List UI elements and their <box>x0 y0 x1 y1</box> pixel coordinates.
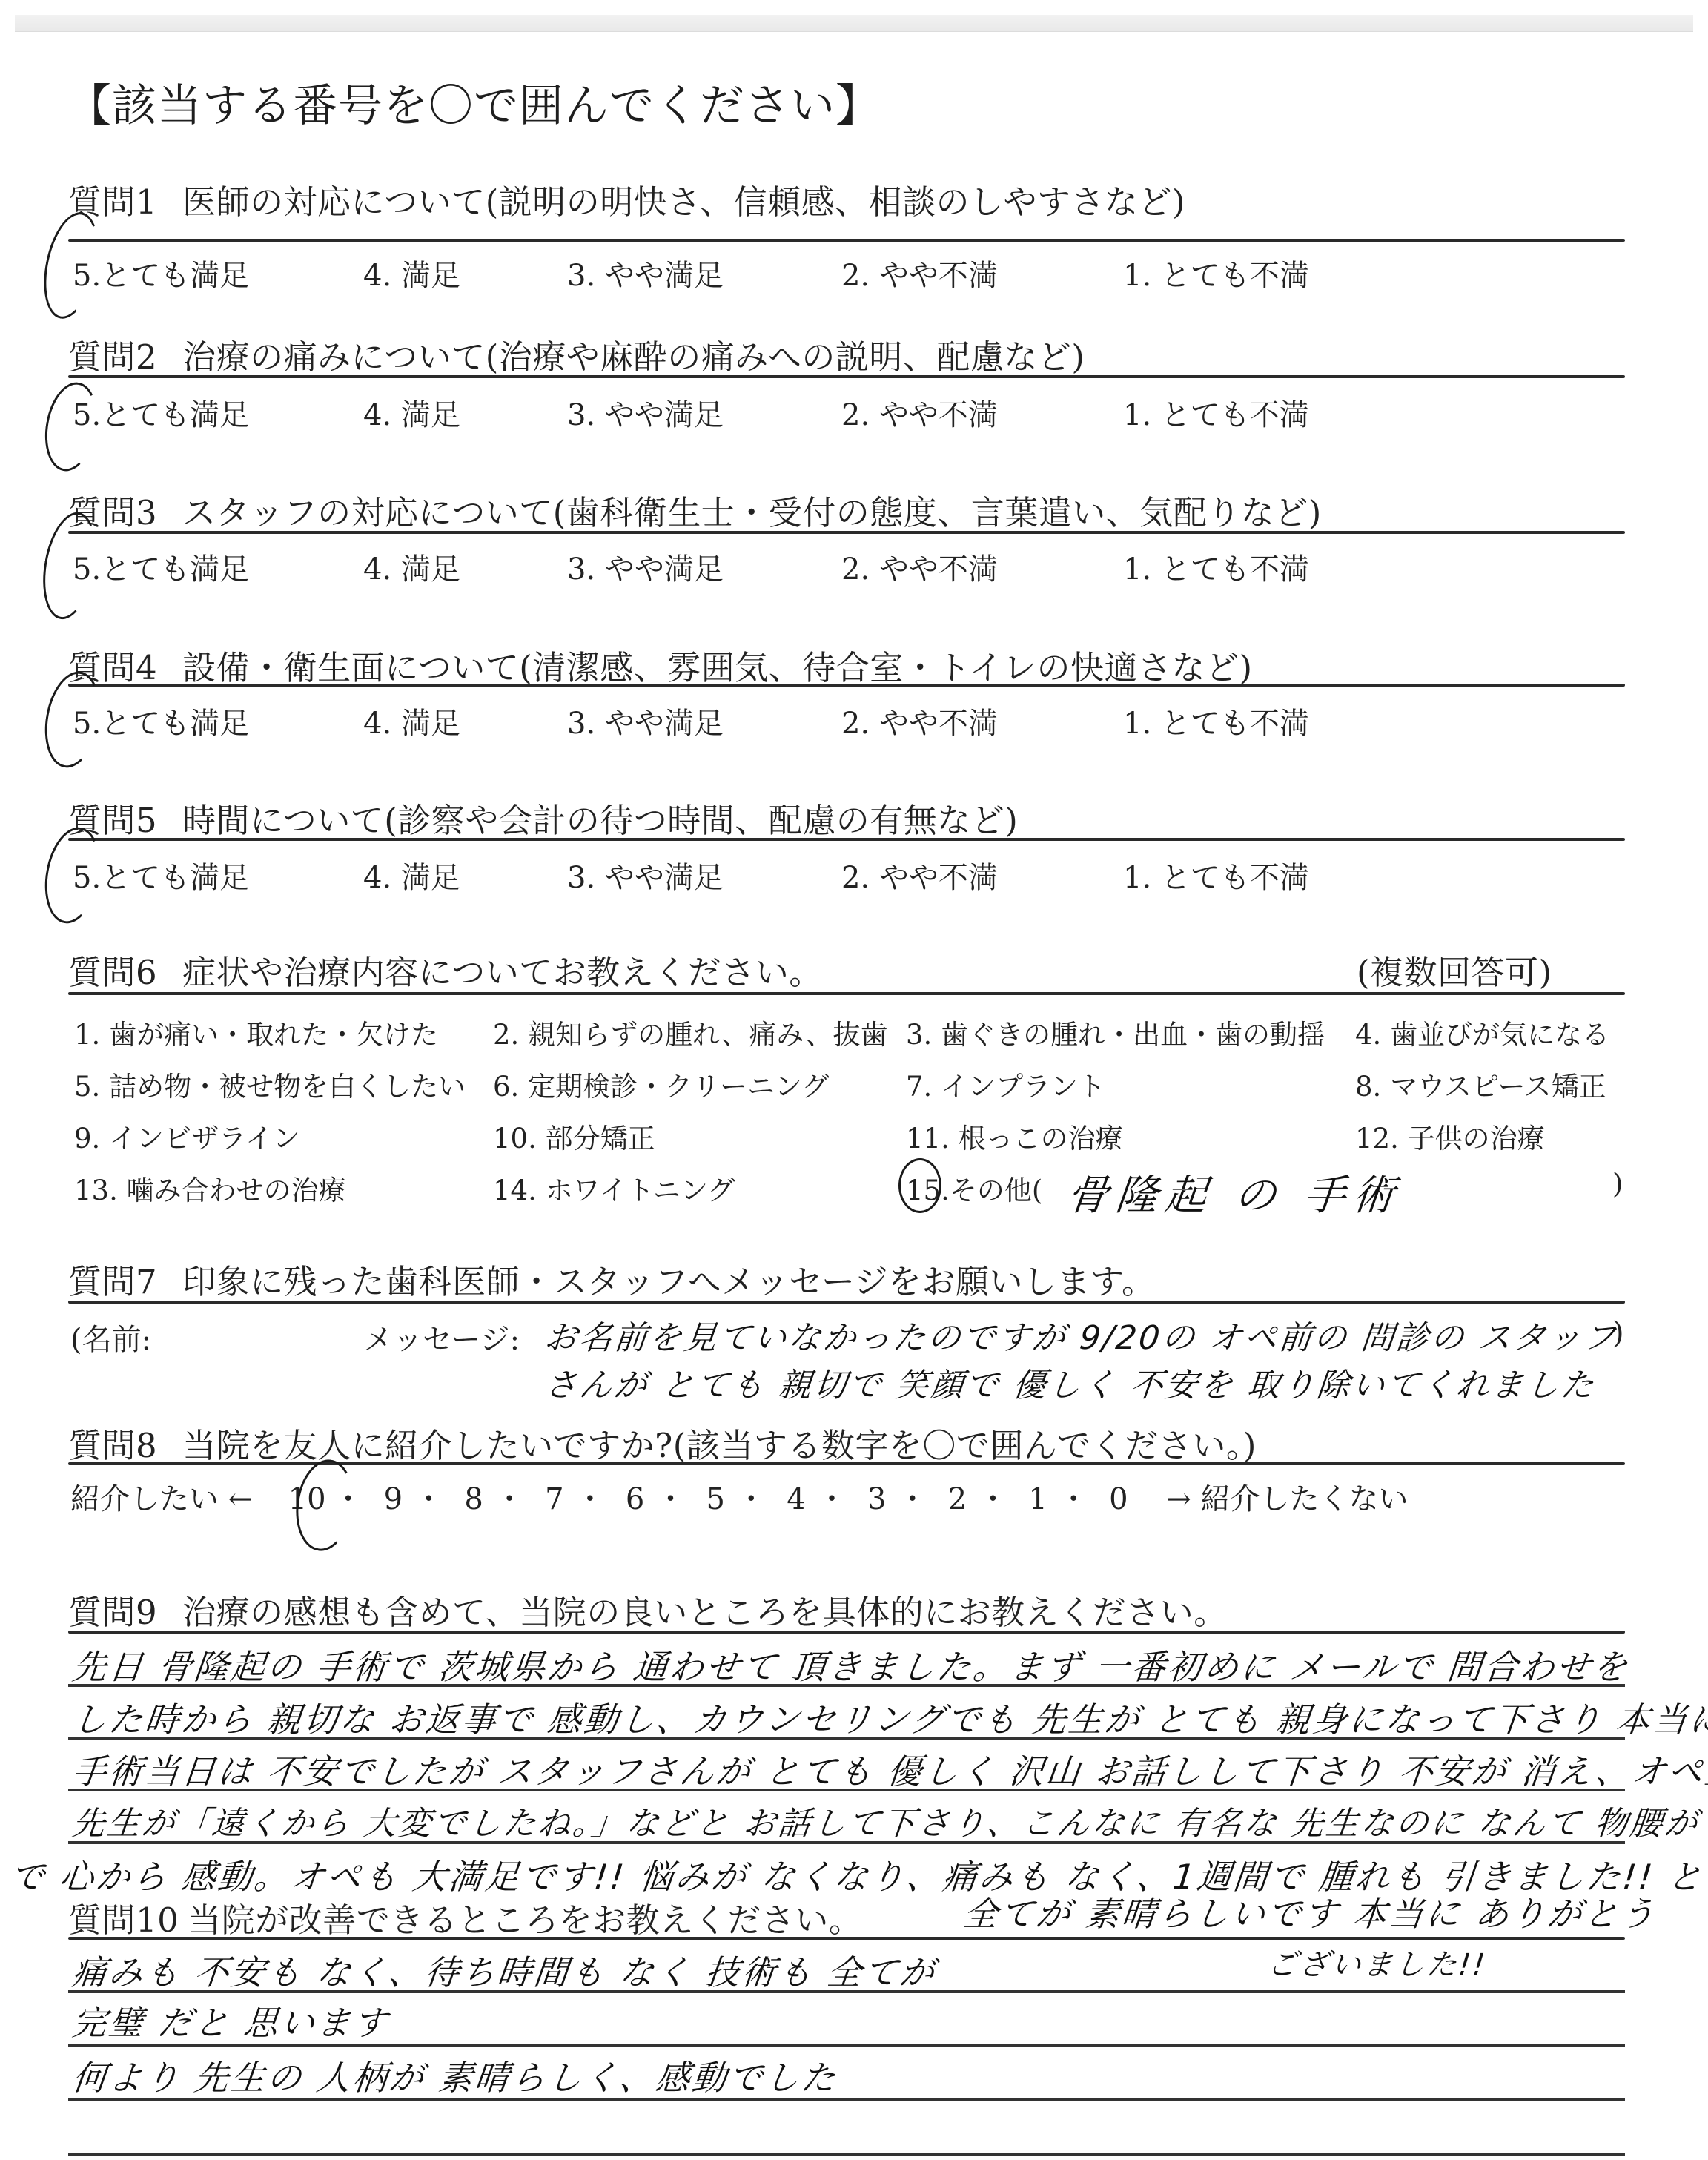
question-2-number: 質問2 <box>68 337 157 377</box>
scale-1[interactable]: 1 <box>1025 1482 1050 1516</box>
multiple-answers-note: (複数回答可) <box>1357 945 1552 994</box>
q2-option-2[interactable]: 2. やや不満 <box>841 392 998 434</box>
question-7-number: 質問7 <box>68 1262 157 1301</box>
q6-item-10[interactable]: 10. 部分矯正 <box>493 1116 655 1156</box>
scale-3[interactable]: 3 <box>864 1482 890 1516</box>
q10-answer-rule-4 <box>68 2153 1625 2156</box>
question-9-heading: 質問9治療の感想も含めて、当院の良いところを具体的にお教えください。 <box>68 1585 1228 1634</box>
q9-answer-line-4[interactable]: 先生が「遠くから 大変でしたね。」などと お話して下さり、こんなに 有名な 先生… <box>70 1797 1708 1844</box>
q6-item-3[interactable]: 3. 歯ぐきの腫れ・出血・歯の動揺 <box>906 1012 1325 1052</box>
q6-item-15-label: その他( <box>950 1175 1042 1206</box>
q9-answer-rule-2 <box>68 1737 1625 1740</box>
q5-option-3[interactable]: 3. やや満足 <box>567 854 724 896</box>
q6-item-14[interactable]: 14. ホワイトニング <box>493 1168 735 1208</box>
q6-item-8[interactable]: 8. マウスピース矯正 <box>1355 1064 1606 1104</box>
scale-4[interactable]: 4 <box>784 1482 809 1516</box>
q4-option-3[interactable]: 3. やや満足 <box>567 700 724 742</box>
question-9-text: 治療の感想も含めて、当院の良いところを具体的にお教えください。 <box>182 1593 1228 1632</box>
q2-option-3[interactable]: 3. やや満足 <box>567 392 724 434</box>
question-7-rule <box>68 1301 1625 1304</box>
q10-answer-rule-2 <box>68 2044 1625 2047</box>
q9-answer-line-2[interactable]: した時から 親切な お返事で 感動し、カウンセリングでも 先生が とても 親身に… <box>70 1693 1708 1742</box>
question-6-heading: 質問6症状や治療内容についてお教えください。 <box>68 945 823 994</box>
question-4-rule <box>68 684 1625 687</box>
question-3-heading: 質問3スタッフの対応について(歯科衛生士・受付の態度、言葉遣い、気配りなど) <box>68 486 1322 534</box>
question-8-text: 当院を友人に紹介したいですか?(該当する数字を〇で囲んでください。) <box>182 1426 1257 1465</box>
q6-item-7[interactable]: 7. インプラント <box>906 1064 1105 1104</box>
message-label: メッセージ: <box>363 1316 520 1358</box>
q3-option-4[interactable]: 4. 満足 <box>363 546 460 588</box>
q1-option-5[interactable]: 5.とても満足 <box>73 252 249 294</box>
question-7-text: 印象に残った歯科医師・スタッフへメッセージをお願いします。 <box>182 1262 1155 1301</box>
q10-answer-line-1[interactable]: 痛みも 不安も なく、待ち時間も なく 技術も 全てが <box>70 1946 939 1995</box>
q5-option-4[interactable]: 4. 満足 <box>363 854 460 896</box>
page-title: 【該当する番号を〇で囲んでください】 <box>67 70 881 134</box>
q6-item-13[interactable]: 13. 噛み合わせの治療 <box>74 1168 346 1208</box>
q6-item-6[interactable]: 6. 定期検診・クリーニング <box>493 1064 829 1104</box>
q3-option-1[interactable]: 1. とても不満 <box>1123 546 1309 588</box>
q1-selection-circle <box>36 208 107 324</box>
q9-answer-rule-4 <box>68 1841 1625 1844</box>
q6-item-4[interactable]: 4. 歯並びが気になる <box>1355 1012 1609 1052</box>
question-6-text: 症状や治療内容についてお教えください。 <box>182 953 823 992</box>
q10-answer-line-3[interactable]: 何より 先生の 人柄が 素晴らしく、感動でした <box>70 2051 841 2100</box>
q2-option-4[interactable]: 4. 満足 <box>363 392 460 434</box>
question-3-text: スタッフの対応について(歯科衛生士・受付の態度、言葉遣い、気配りなど) <box>182 493 1322 532</box>
question-4-heading: 質問4設備・衛生面について(清潔感、雰囲気、待合室・トイレの快適さなど) <box>68 641 1253 689</box>
question-7-heading: 質問7印象に残った歯科医師・スタッフへメッセージをお願いします。 <box>68 1255 1155 1303</box>
scale-7[interactable]: 7 <box>542 1482 567 1516</box>
q6-item-1[interactable]: 1. 歯が痛い・取れた・欠けた <box>74 1012 438 1052</box>
q2-option-5[interactable]: 5.とても満足 <box>73 392 249 434</box>
q9-answer-rule-1 <box>68 1684 1625 1687</box>
question-9-rule <box>68 1631 1625 1634</box>
question-2-heading: 質問2治療の痛みについて(治療や麻酔の痛みへの説明、配慮など) <box>68 330 1085 378</box>
q10-answer-rule-1 <box>68 1990 1625 1993</box>
scale-6[interactable]: 6 <box>623 1482 648 1516</box>
q8-selection-circle <box>291 1456 360 1554</box>
q10-answer-rule-3 <box>68 2098 1625 2101</box>
q6-item-5[interactable]: 5. 詰め物・被せ物を白くしたい <box>74 1064 466 1104</box>
question-8-number: 質問8 <box>68 1426 157 1465</box>
q5-option-1[interactable]: 1. とても不満 <box>1123 854 1309 896</box>
q6-other-answer[interactable]: 骨隆起 の 手術 <box>1065 1163 1406 1222</box>
q9-answer-line-1[interactable]: 先日 骨隆起の 手術で 茨城県から 通わせて 頂きました。まず 一番初めに メー… <box>70 1640 1632 1689</box>
q3-option-2[interactable]: 2. やや不満 <box>841 546 998 588</box>
recommend-left-label: 紹介したい ← <box>70 1482 253 1516</box>
recommend-right-label: → 紹介したくない <box>1166 1482 1408 1516</box>
q1-option-3[interactable]: 3. やや満足 <box>567 252 724 294</box>
q6-other-close-paren: ) <box>1612 1168 1623 1200</box>
q10-answer-line-2[interactable]: 完璧 だと 思います <box>70 1996 392 2045</box>
message-line-2[interactable]: さんが とても 親切で 笑顔で 優しく 不安を 取り除いてくれました <box>543 1358 1599 1406</box>
q6-item-11[interactable]: 11. 根っこの治療 <box>906 1116 1123 1156</box>
question-9-number: 質問9 <box>68 1593 157 1632</box>
question-5-text: 時間について(診察や会計の待つ時間、配慮の有無など) <box>182 801 1018 840</box>
scale-8[interactable]: 8 <box>461 1482 486 1516</box>
q1-option-4[interactable]: 4. 満足 <box>363 252 460 294</box>
q10-answer-trailing[interactable]: ございました!! <box>1265 1941 1489 1984</box>
question-6-rule <box>68 992 1625 995</box>
scale-0[interactable]: 0 <box>1106 1482 1131 1516</box>
q4-option-4[interactable]: 4. 満足 <box>363 700 460 742</box>
q9-answer-line-3[interactable]: 手術当日は 不安でしたが スタッフさんが とても 優しく 沢山 お話しして下さり… <box>70 1745 1708 1794</box>
question-8-heading: 質問8当院を友人に紹介したいですか?(該当する数字を〇で囲んでください。) <box>68 1418 1257 1467</box>
q1-option-2[interactable]: 2. やや不満 <box>841 252 998 294</box>
q6-item-15-selection-circle <box>898 1158 941 1213</box>
question-1-rule <box>68 239 1625 242</box>
question-2-text: 治療の痛みについて(治療や麻酔の痛みへの説明、配慮など) <box>182 337 1085 377</box>
question-2-rule <box>68 375 1625 378</box>
question-10-heading: 質問10当院が改善できるところをお教えください。 <box>68 1893 862 1941</box>
question-10-text: 当院が改善できるところをお教えください。 <box>188 1900 862 1940</box>
scan-top-edge <box>15 15 1693 32</box>
q9-answer-rule-3 <box>68 1789 1625 1791</box>
question-8-rule <box>68 1462 1625 1465</box>
scale-5[interactable]: 5 <box>703 1482 728 1516</box>
q6-item-12[interactable]: 12. 子供の治療 <box>1355 1116 1545 1156</box>
question-6-number: 質問6 <box>68 953 157 992</box>
q2-option-1[interactable]: 1. とても不満 <box>1123 392 1309 434</box>
question-3-rule <box>68 531 1625 534</box>
q3-option-5[interactable]: 5.とても満足 <box>73 546 249 588</box>
question-10-rule <box>68 1937 1625 1940</box>
message-line-1[interactable]: お名前を見ていなかったのですが 9/20の オペ前の 問診の スタッフ <box>543 1311 1621 1358</box>
question-1-text: 医師の対応について(説明の明快さ、信頼感、相談のしやすさなど) <box>182 182 1185 222</box>
recommend-scale: 紹介したい ← 10・ 9・ 8・ 7・ 6・ 5・ 4・ 3・ 2・ 1・ 0… <box>70 1476 1409 1518</box>
message-close-paren: ) <box>1612 1316 1624 1350</box>
question-10-number: 質問10 <box>68 1900 179 1940</box>
q10-inline-answer[interactable]: 全てが 素晴らしいです 本当に ありがとう <box>961 1887 1660 1936</box>
question-4-text: 設備・衛生面について(清潔感、雰囲気、待合室・トイレの快適さなど) <box>182 648 1252 687</box>
scale-9[interactable]: 9 <box>380 1482 406 1516</box>
q4-option-1[interactable]: 1. とても不満 <box>1123 700 1309 742</box>
q6-item-9[interactable]: 9. インビザライン <box>74 1116 300 1156</box>
q4-option-2[interactable]: 2. やや不満 <box>841 700 998 742</box>
q3-option-3[interactable]: 3. やや満足 <box>567 546 724 588</box>
q5-option-2[interactable]: 2. やや不満 <box>841 854 998 896</box>
q1-option-1[interactable]: 1. とても不満 <box>1123 252 1309 294</box>
question-5-rule <box>68 838 1625 841</box>
name-label: (名前: <box>70 1316 151 1358</box>
q6-item-2[interactable]: 2. 親知らずの腫れ、痛み、抜歯 <box>493 1012 888 1052</box>
scale-2[interactable]: 2 <box>944 1482 970 1516</box>
question-5-heading: 質問5時間について(診察や会計の待つ時間、配慮の有無など) <box>68 793 1018 842</box>
question-1-heading: 質問1医師の対応について(説明の明快さ、信頼感、相談のしやすさなど) <box>68 175 1185 223</box>
